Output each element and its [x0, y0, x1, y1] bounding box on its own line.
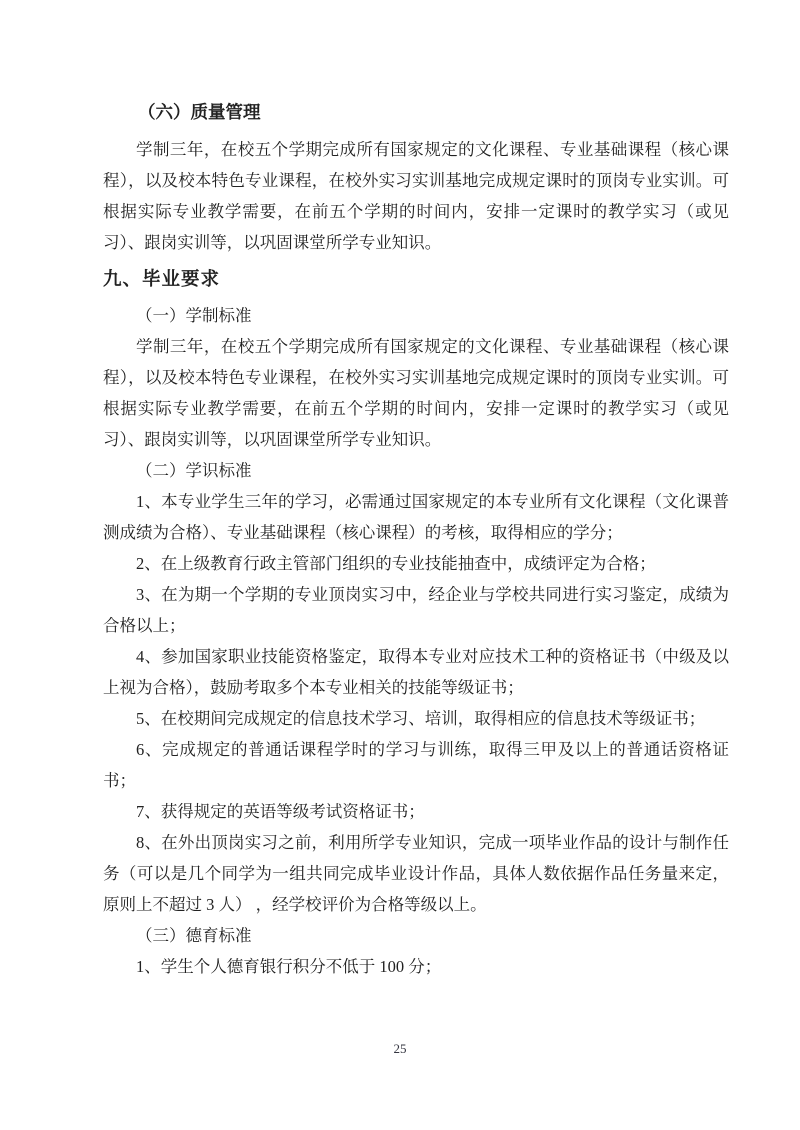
list-item-academic-5: 5、在校期间完成规定的信息技术学习、培训，取得相应的信息技术等级证书； — [103, 703, 729, 734]
document-content: （六）质量管理 学制三年，在校五个学期完成所有国家规定的文化课程、专业基础课程（… — [103, 99, 729, 982]
list-item-academic-3: 3、在为期一个学期的专业顶岗实习中，经企业与学校共同进行实习鉴定，成绩为合格以上… — [103, 579, 729, 641]
section-heading-graduation-requirements: 九、毕业要求 — [103, 265, 729, 293]
list-item-academic-7: 7、获得规定的英语等级考试资格证书； — [103, 796, 729, 827]
list-item-academic-2: 2、在上级教育行政主管部门组织的专业技能抽查中，成绩评定为合格； — [103, 548, 729, 579]
list-item-academic-8: 8、在外出顶岗实习之前，利用所学专业知识，完成一项毕业作品的设计与制作任务（可以… — [103, 827, 729, 920]
paragraph-schooling-standard: 学制三年，在校五个学期完成所有国家规定的文化课程、专业基础课程（核心课程），以及… — [103, 331, 729, 455]
subsection-heading-quality-management: （六）质量管理 — [103, 99, 729, 125]
page-number: 25 — [0, 1041, 800, 1057]
subsection-heading-schooling-standard: （一）学制标准 — [103, 300, 729, 331]
subsection-heading-moral-standard: （三）德育标准 — [103, 920, 729, 951]
subsection-heading-academic-standard: （二）学识标准 — [103, 455, 729, 486]
document-page: （六）质量管理 学制三年，在校五个学期完成所有国家规定的文化课程、专业基础课程（… — [0, 0, 800, 1130]
list-item-academic-6: 6、完成规定的普通话课程学时的学习与训练，取得三甲及以上的普通话资格证书； — [103, 734, 729, 796]
paragraph-quality-management: 学制三年，在校五个学期完成所有国家规定的文化课程、专业基础课程（核心课程），以及… — [103, 134, 729, 258]
list-item-academic-1: 1、本专业学生三年的学习，必需通过国家规定的本专业所有文化课程（文化课普测成绩为… — [103, 486, 729, 548]
list-item-academic-4: 4、参加国家职业技能资格鉴定，取得本专业对应技术工种的资格证书（中级及以上视为合… — [103, 641, 729, 703]
list-item-moral-1: 1、学生个人德育银行积分不低于 100 分； — [103, 951, 729, 982]
